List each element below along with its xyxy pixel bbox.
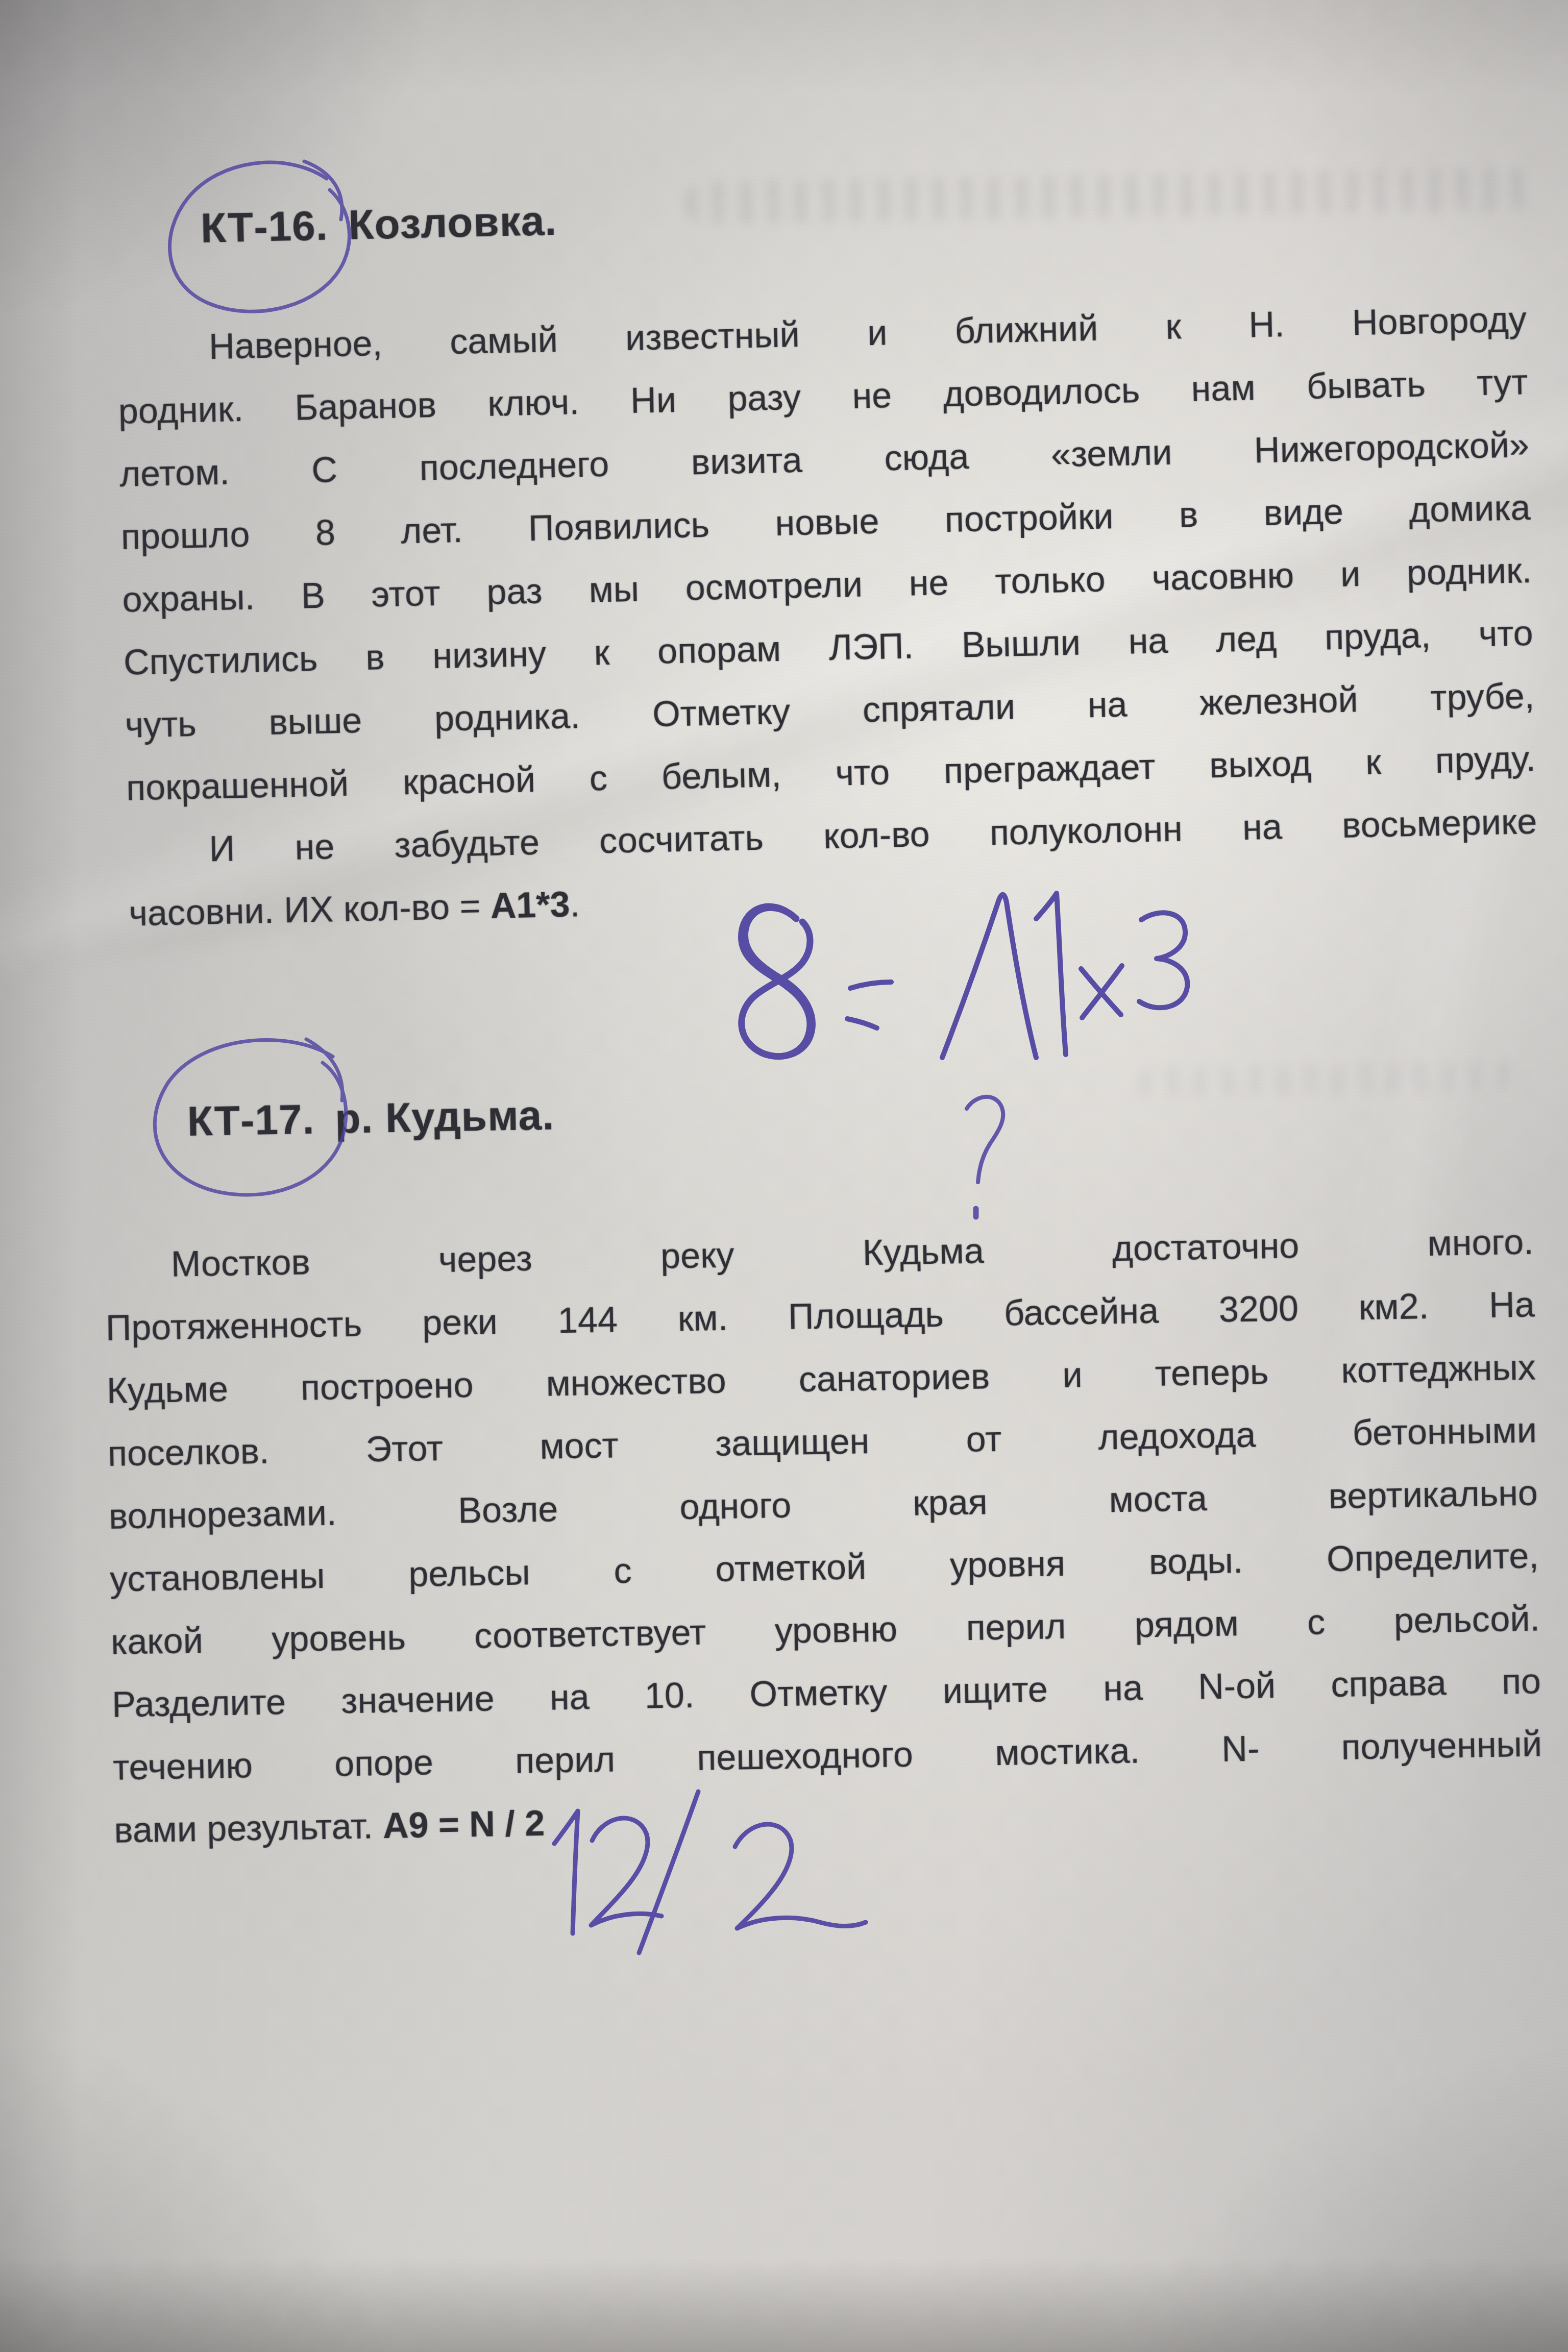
handwritten-question-mark: [967, 1097, 1003, 1217]
photographed-worksheet: КТ-16.Козловка. Наверное, самый известны…: [0, 0, 1568, 2352]
handwritten-fraction: [554, 1792, 866, 1953]
pen-circle-kt17: [155, 1039, 346, 1195]
handwritten-equation: [741, 893, 1187, 1058]
handwriting-overlay: [0, 0, 1568, 2352]
pen-circle-kt16: [169, 161, 349, 311]
